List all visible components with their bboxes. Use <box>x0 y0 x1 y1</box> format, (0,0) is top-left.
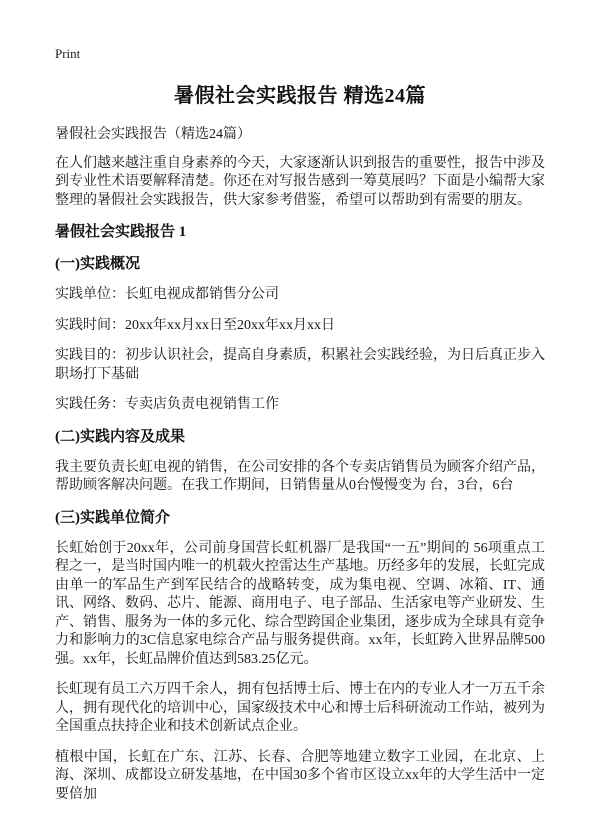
section-2-paragraph: 我主要负责长虹电视的销售，在公司安排的各个专卖店销售员为顾客介绍产品，帮助顾客解… <box>55 459 545 496</box>
document-page: Print 暑假社会实践报告 精选24篇 暑假社会实践报告（精选24篇） 在人们… <box>0 0 600 828</box>
practice-unit-line: 实践单位：长虹电视成都销售分公司 <box>55 286 545 305</box>
document-subtitle: 暑假社会实践报告（精选24篇） <box>55 126 545 145</box>
report-1-heading: 暑假社会实践报告 1 <box>55 222 545 242</box>
print-button[interactable]: Print <box>55 46 545 62</box>
practice-time-line: 实践时间：20xx年xx月xx日至20xx年xx月xx日 <box>55 317 545 336</box>
section-2-heading: (二)实践内容及成果 <box>55 427 545 447</box>
section-1-heading: (一)实践概况 <box>55 254 545 274</box>
section-3-paragraph-3: 植根中国，长虹在广东、江苏、长春、合肥等地建立数字工业园，在北京、上海、深圳、成… <box>55 749 545 805</box>
section-3-paragraph-2: 长虹现有员工六万四千余人，拥有包括博士后、博士在内的专业人才一万五千余人，拥有现… <box>55 681 545 737</box>
section-3-heading: (三)实践单位简介 <box>55 508 545 528</box>
intro-paragraph: 在人们越来越注重自身素养的今天，大家逐渐认识到报告的重要性，报告中涉及到专业性术… <box>55 155 545 211</box>
page-title: 暑假社会实践报告 精选24篇 <box>55 84 545 108</box>
section-3-paragraph-1: 长虹始创于20xx年，公司前身国营长虹机器厂是我国“一五”期间的 56项重点工程… <box>55 540 545 670</box>
practice-task-line: 实践任务：专卖店负责电视销售工作 <box>55 396 545 415</box>
practice-purpose-line: 实践目的：初步认识社会，提高自身素质，积累社会实践经验，为日后真正步入职场打下基… <box>55 347 545 384</box>
